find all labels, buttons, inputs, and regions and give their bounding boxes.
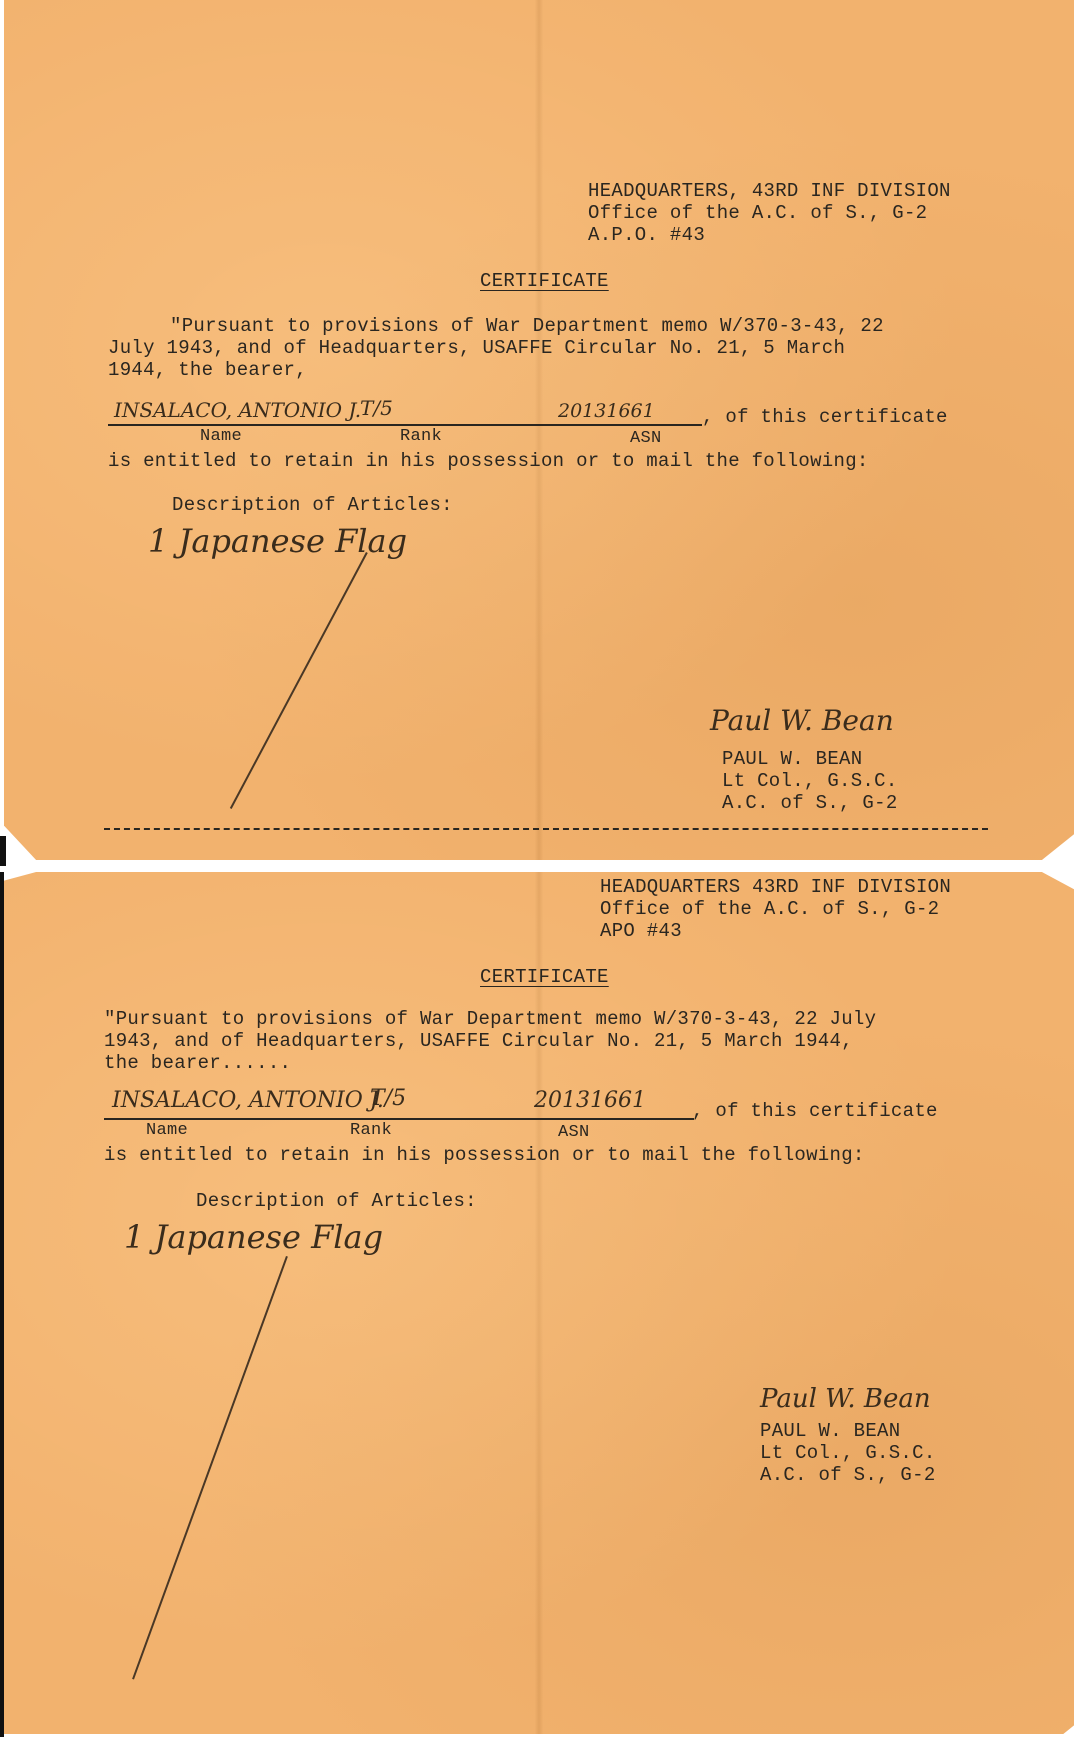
body-line-3: 1944, the bearer, (108, 359, 307, 381)
signature: Paul W. Bean (710, 704, 894, 737)
handwritten-rank: T/5 (360, 396, 393, 420)
handwritten-articles: 1 Japanese Flag (124, 1218, 383, 1256)
signer-rank: Lt Col., G.S.C. (722, 770, 898, 792)
handwritten-rank: T/5 (370, 1086, 406, 1111)
header-line-3: A.P.O. #43 (588, 224, 705, 246)
label-asn: ASN (630, 428, 662, 450)
handwritten-name: INSALACO, ANTONIO J. (114, 398, 361, 422)
handwritten-asn: 20131661 (558, 400, 655, 422)
label-asn: ASN (558, 1122, 590, 1144)
signer-rank: Lt Col., G.S.C. (760, 1442, 936, 1464)
signer-office: A.C. of S., G-2 (760, 1464, 936, 1486)
scan-edge (0, 836, 6, 866)
label-name: Name (146, 1120, 188, 1142)
entitled-text: is entitled to retain in his possession … (108, 450, 869, 472)
body-line-1: "Pursuant to provisions of War Departmen… (170, 315, 884, 337)
signer-office: A.C. of S., G-2 (722, 792, 898, 814)
handwritten-name: INSALACO, ANTONIO J. (112, 1088, 384, 1113)
body-line-2: July 1943, and of Headquarters, USAFFE C… (108, 337, 845, 359)
label-name: Name (200, 426, 242, 448)
cut-line (104, 828, 988, 830)
certificate-bottom: HEADQUARTERS 43RD INF DIVISION Office of… (4, 872, 1074, 1734)
description-label: Description of Articles: (172, 494, 453, 516)
header-line-2: Office of the A.C. of S., G-2 (588, 202, 927, 224)
header-line-1: HEADQUARTERS 43RD INF DIVISION (600, 876, 951, 898)
label-rank: Rank (350, 1120, 392, 1142)
header-line-3: APO #43 (600, 920, 682, 942)
certificate-top: HEADQUARTERS, 43RD INF DIVISION Office o… (4, 0, 1074, 860)
scan-edge (0, 872, 4, 1737)
certificate-title: CERTIFICATE (480, 966, 609, 988)
label-rank: Rank (400, 426, 442, 448)
body-line-1: "Pursuant to provisions of War Departmen… (104, 1008, 876, 1030)
header-line-1: HEADQUARTERS, 43RD INF DIVISION (588, 180, 951, 202)
handwritten-asn: 20131661 (534, 1088, 646, 1113)
signature: Paul W. Bean (760, 1384, 931, 1414)
handwritten-articles: 1 Japanese Flag (148, 522, 407, 560)
description-label: Description of Articles: (196, 1190, 477, 1212)
after-fill-text: , of this certificate (702, 406, 948, 428)
cancel-line (230, 552, 368, 809)
body-line-2: 1943, and of Headquarters, USAFFE Circul… (104, 1030, 853, 1052)
after-fill-text: , of this certificate (692, 1100, 938, 1122)
cancel-line (132, 1256, 288, 1680)
fill-underline (104, 1118, 694, 1120)
header-line-2: Office of the A.C. of S., G-2 (600, 898, 939, 920)
entitled-text: is entitled to retain in his possession … (104, 1144, 865, 1166)
typed-signer-name: PAUL W. BEAN (722, 748, 862, 770)
certificate-title: CERTIFICATE (480, 270, 609, 292)
typed-signer-name: PAUL W. BEAN (760, 1420, 900, 1442)
body-line-3: the bearer...... (104, 1052, 291, 1074)
